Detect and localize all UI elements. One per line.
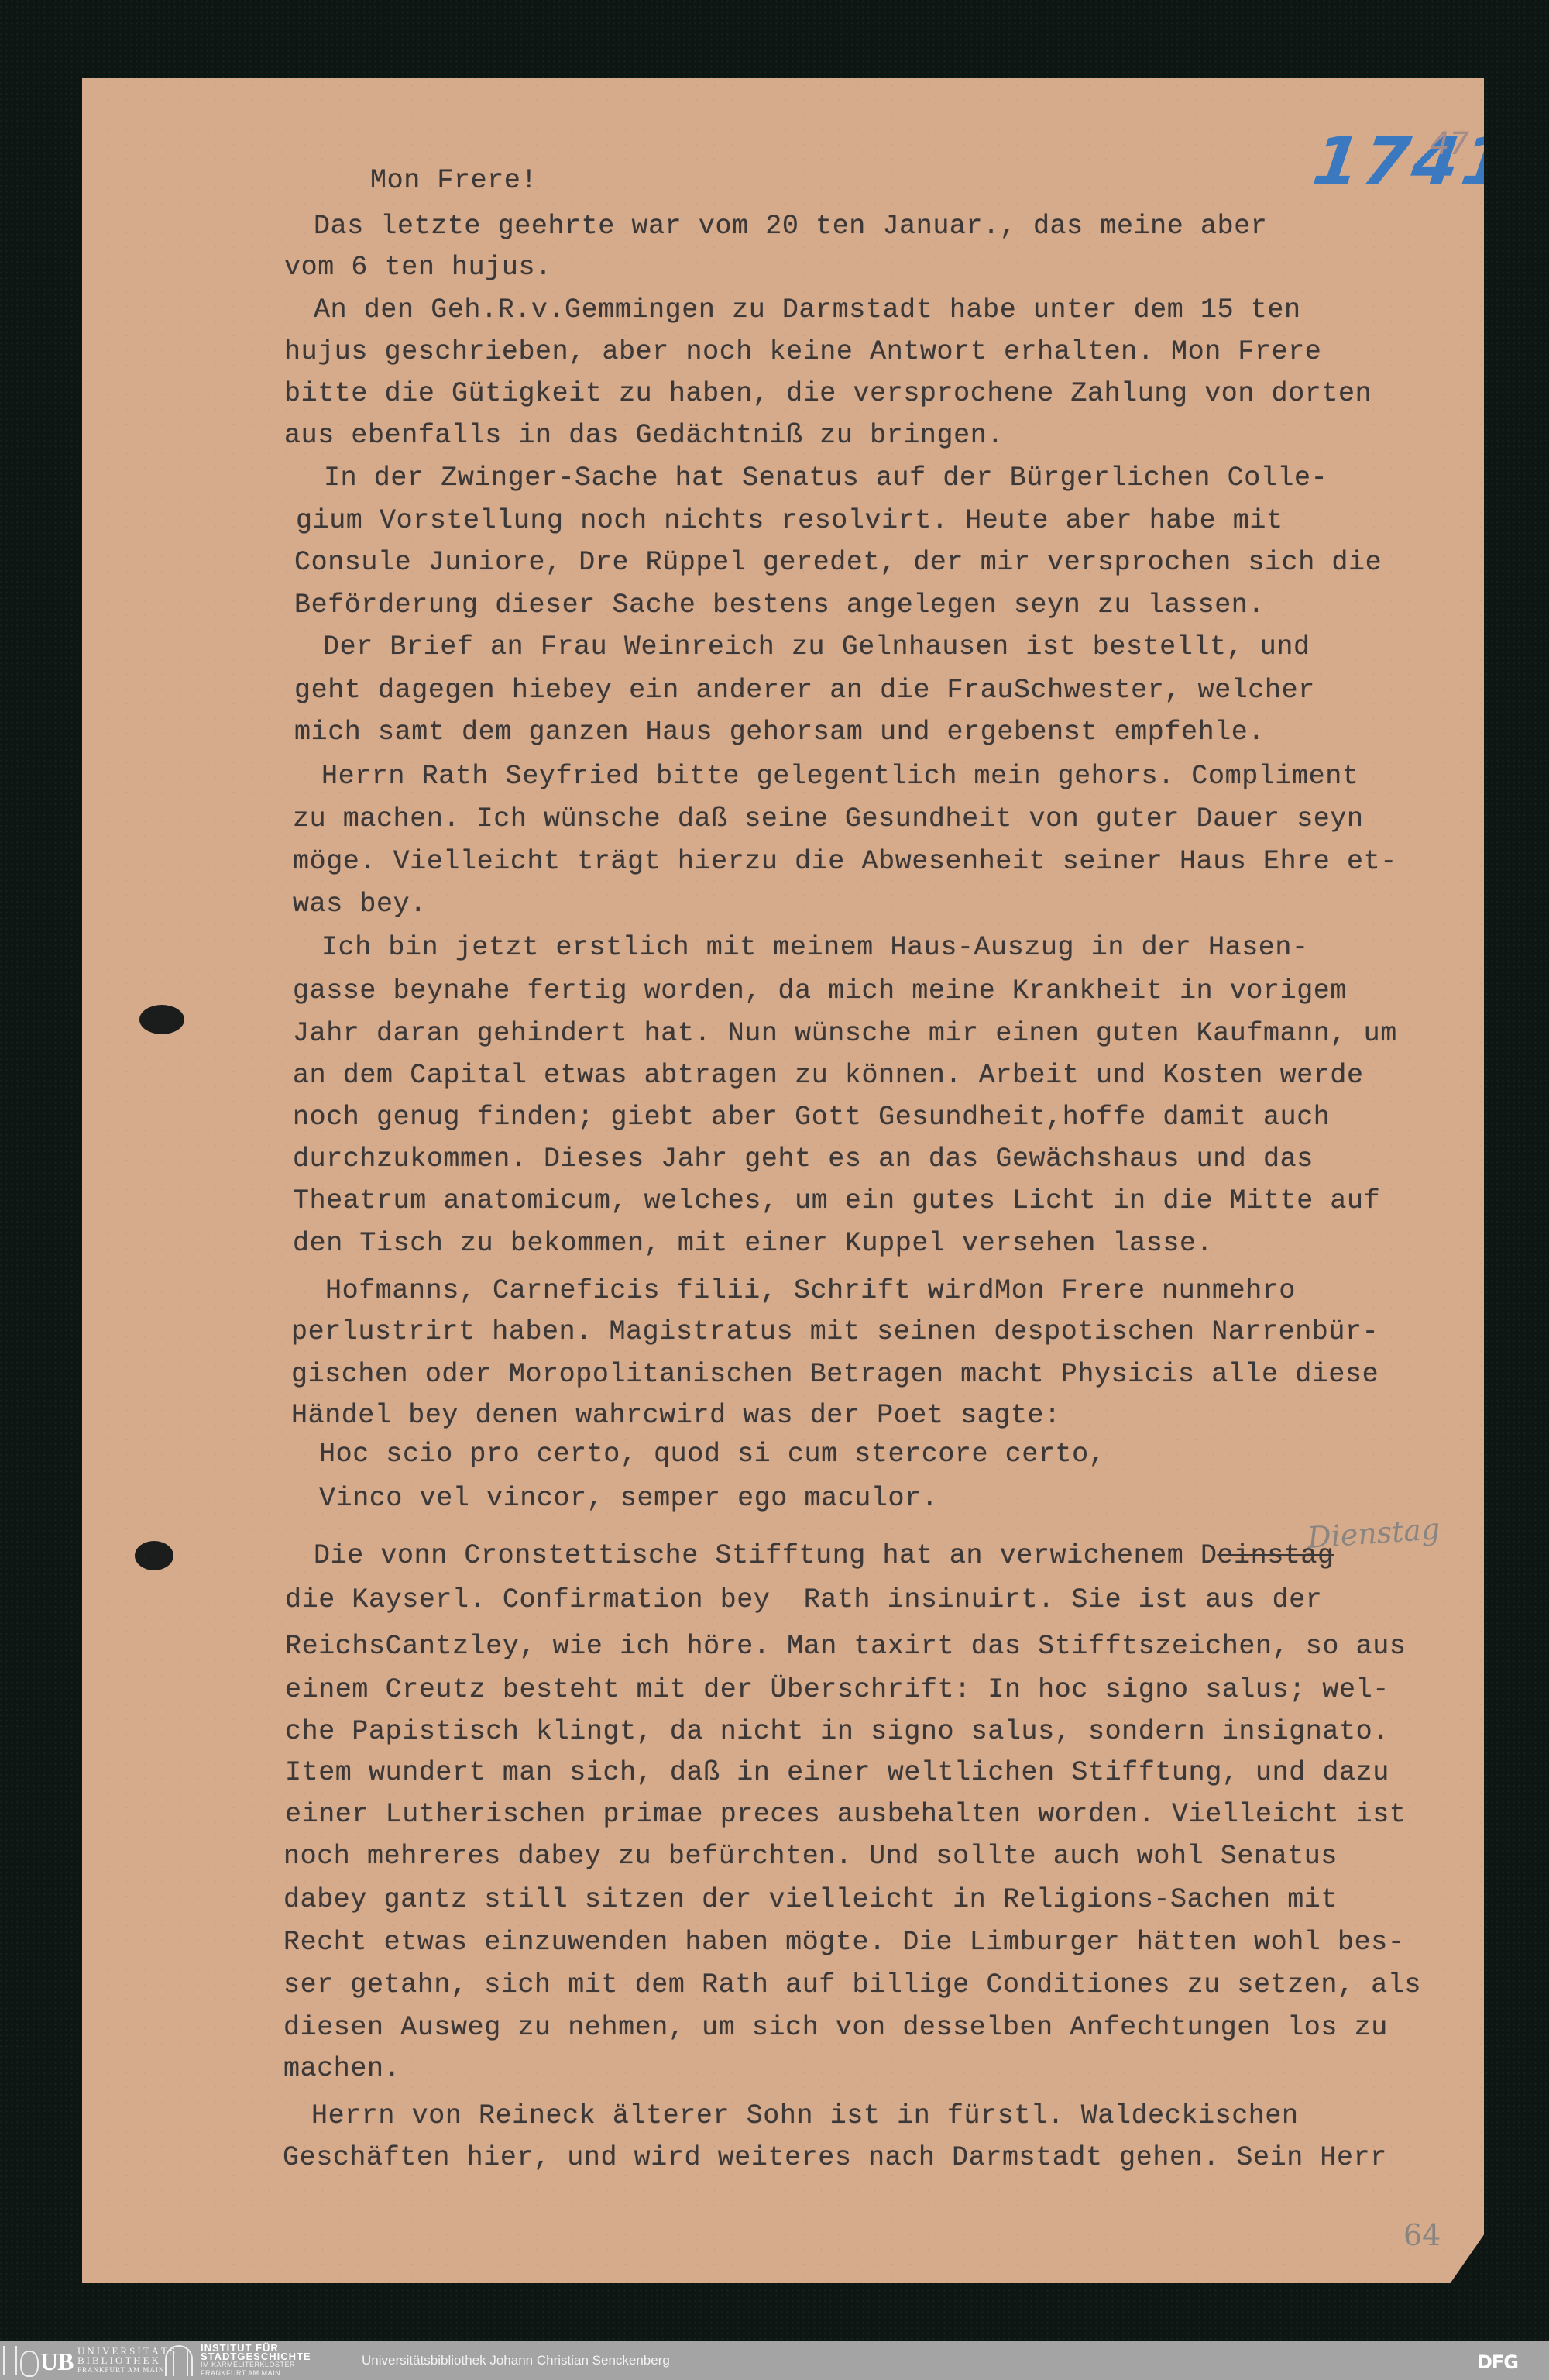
- letter-page: 1741 47 Mon Frere! Das letzte geehrte wa…: [82, 78, 1484, 2283]
- text-line: diesen Ausweg zu nehmen, um sich von des…: [283, 2012, 1388, 2043]
- text-line: ReichsCantzley, wie ich höre. Man taxirt…: [285, 1631, 1406, 1662]
- text-line: geht dagegen hiebey ein anderer an die F…: [294, 675, 1315, 706]
- arch-icon: [165, 2345, 193, 2376]
- text-line: Der Brief an Frau Weinreich zu Gelnhause…: [323, 631, 1310, 662]
- text-line: was bey.: [293, 889, 427, 920]
- ub-library-logo[interactable]: UB UNIVERSITÄTS BIBLIOTHEK FRANKFURT AM …: [3, 2344, 177, 2377]
- dfg-logo[interactable]: DFG: [1477, 2351, 1518, 2373]
- footer-bar: UB UNIVERSITÄTS BIBLIOTHEK FRANKFURT AM …: [0, 2341, 1549, 2380]
- text-line: zu machen. Ich wünsche daß seine Gesundh…: [293, 803, 1364, 834]
- text-line: mich samt dem ganzen Haus gehorsam und e…: [294, 717, 1265, 748]
- page-number: 64: [1403, 2218, 1441, 2252]
- text-line: vom 6 ten hujus.: [284, 252, 552, 283]
- text-line: Hofmanns, Carneficis filii, Schrift wird…: [325, 1275, 1296, 1306]
- annotation-dienstag: Dienstag: [1307, 1512, 1441, 1555]
- text-line: Hoc scio pro certo, quod si cum stercore…: [319, 1439, 1105, 1470]
- isg-logo-line3: IM KARMELITERKLOSTER: [201, 2361, 311, 2369]
- text-line: Jahr daran gehindert hat. Nun wünsche mi…: [293, 1018, 1397, 1049]
- text-line: Herrn von Reineck älterer Sohn ist in fü…: [311, 2100, 1299, 2131]
- text-line: gischen oder Moropolitanischen Betragen …: [291, 1359, 1379, 1390]
- text-line: Geschäften hier, und wird weiteres nach …: [283, 2142, 1387, 2173]
- text-line: Item wundert man sich, daß in einer welt…: [285, 1757, 1389, 1788]
- salutation: Mon Frere!: [370, 165, 538, 196]
- text-line: Theatrum anatomicum, welches, um ein gut…: [293, 1185, 1380, 1216]
- pillars-icon: [3, 2346, 17, 2375]
- text-line: gium Vorstellung noch nichts resolvirt. …: [296, 505, 1283, 536]
- text-line: die Kayserl. Confirmation bey Rath insin…: [285, 1584, 1322, 1615]
- text-line: bitte die Gütigkeit zu haben, die verspr…: [284, 378, 1372, 409]
- punch-hole-bottom: [135, 1541, 173, 1570]
- footer-title: Universitätsbibliothek Johann Christian …: [362, 2353, 670, 2368]
- text-line: In der Zwinger-Sache hat Senatus auf der…: [324, 463, 1327, 494]
- punch-hole-top: [139, 1005, 184, 1034]
- ub-logo-text: UNIVERSITÄTS BIBLIOTHEK FRANKFURT AM MAI…: [77, 2347, 177, 2375]
- isg-logo-line4: FRANKFURT AM MAIN: [201, 2369, 311, 2378]
- text-line: Herrn Rath Seyfried bitte gelegentlich m…: [321, 761, 1358, 792]
- text-line: machen.: [283, 2053, 400, 2084]
- text-line: hujus geschrieben, aber noch keine Antwo…: [284, 336, 1321, 367]
- portrait-icon: [20, 2351, 39, 2377]
- text-line: ser getahn, sich mit dem Rath auf billig…: [283, 1969, 1421, 2000]
- text-line: dabey gantz still sitzen der vielleicht …: [283, 1884, 1338, 1915]
- text-line: Die vonn Cronstettische Stifftung hat an…: [314, 1540, 1218, 1571]
- text-line: gasse beynahe fertig worden, da mich mei…: [293, 975, 1347, 1006]
- text-line: Consule Juniore, Dre Rüppel geredet, der…: [294, 547, 1382, 578]
- text-line: noch mehreres dabey zu befürchten. Und s…: [283, 1841, 1338, 1872]
- text-line: möge. Vielleicht trägt hierzu die Abwese…: [293, 846, 1397, 877]
- text-line: perlustrirt haben. Magistratus mit seine…: [291, 1316, 1379, 1347]
- text-line: Recht etwas einzuwenden haben mögte. Die…: [283, 1927, 1404, 1958]
- text-line: den Tisch zu bekommen, mit einer Kuppel …: [293, 1228, 1213, 1259]
- text-line: Vinco vel vincor, semper ego maculor.: [319, 1483, 938, 1514]
- text-line: An den Geh.R.v.Gemmingen zu Darmstadt ha…: [314, 294, 1301, 325]
- ub-logo-mark: UB: [3, 2344, 73, 2377]
- isg-logo-line2: STADTGESCHICHTE: [201, 2352, 311, 2361]
- text-line: Händel bey denen wahrcwird was der Poet …: [291, 1400, 1061, 1431]
- text-line: durchzukommen. Dieses Jahr geht es an da…: [293, 1144, 1314, 1175]
- text-line: che Papistisch klingt, da nicht in signo…: [285, 1716, 1389, 1747]
- folio-number-pencil: 47: [1430, 126, 1469, 162]
- ub-logo-line2: BIBLIOTHEK: [77, 2356, 177, 2365]
- text-line: einer Lutherischen primae preces ausbeha…: [285, 1799, 1406, 1830]
- isg-logo-text: INSTITUT FÜR STADTGESCHICHTE IM KARMELIT…: [201, 2344, 311, 2378]
- text-line: aus ebenfalls in das Gedächtniß zu bring…: [284, 420, 1004, 451]
- institut-stadtgeschichte-logo[interactable]: INSTITUT FÜR STADTGESCHICHTE IM KARMELIT…: [165, 2344, 311, 2377]
- ub-logo-line3: FRANKFURT AM MAIN: [77, 2365, 177, 2375]
- text-line: einem Creutz besteht mit der Überschrift…: [285, 1674, 1389, 1705]
- text-line: Das letzte geehrte war vom 20 ten Januar…: [314, 211, 1267, 242]
- text-line: an dem Capital etwas abtragen zu können.…: [293, 1060, 1364, 1091]
- text-line: Ich bin jetzt erstlich mit meinem Haus-A…: [321, 932, 1309, 963]
- text-line: Beförderung dieser Sache bestens angeleg…: [294, 590, 1265, 621]
- text-line: noch genug finden; giebt aber Gott Gesun…: [293, 1102, 1330, 1133]
- ub-letters: UB: [40, 2347, 73, 2376]
